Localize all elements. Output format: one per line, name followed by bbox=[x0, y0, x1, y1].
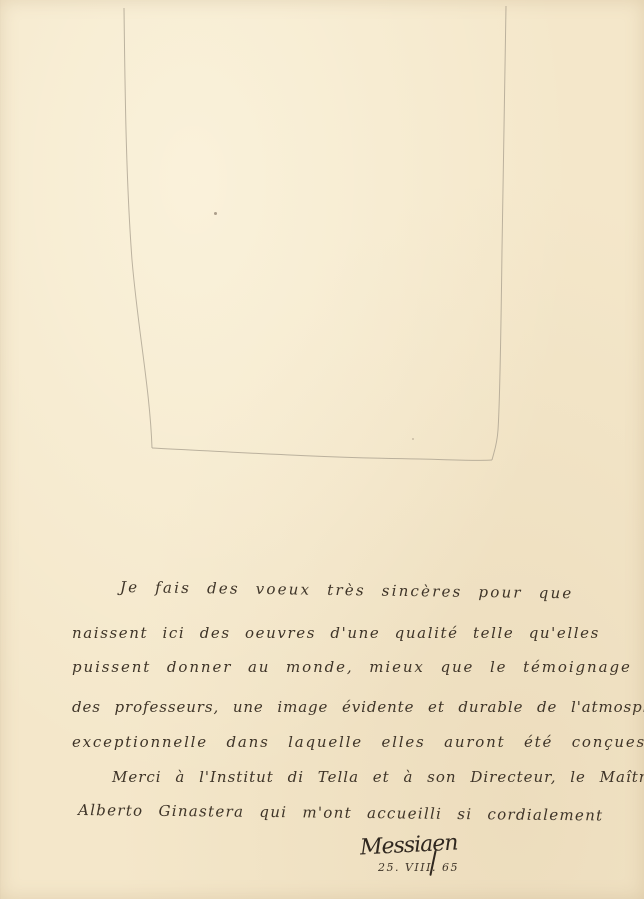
letter-line-5: exceptionnelle dans laquelle elles auron… bbox=[72, 733, 644, 751]
letter-line-2: naissent ici des oeuvres d'une qualité t… bbox=[72, 624, 600, 642]
letter-line-6: Merci à l'Institut di Tella et à son Dir… bbox=[112, 768, 644, 786]
date: 25. VIII. 65 bbox=[378, 861, 459, 874]
letter-line-7: Alberto Ginastera qui m'ont accueilli si… bbox=[78, 801, 604, 825]
letter-line-1: Je fais des voeux très sincères pour que bbox=[120, 578, 574, 602]
letter-line-4: des professeurs, une image évidente et d… bbox=[72, 698, 644, 716]
signature: Messiaen bbox=[359, 830, 458, 860]
letter-page: Je fais des voeux très sincères pour que… bbox=[0, 0, 644, 899]
letter-text: Je fais des voeux très sincères pour que… bbox=[0, 0, 644, 899]
letter-line-3: puissent donner au monde, mieux que le t… bbox=[72, 658, 632, 676]
